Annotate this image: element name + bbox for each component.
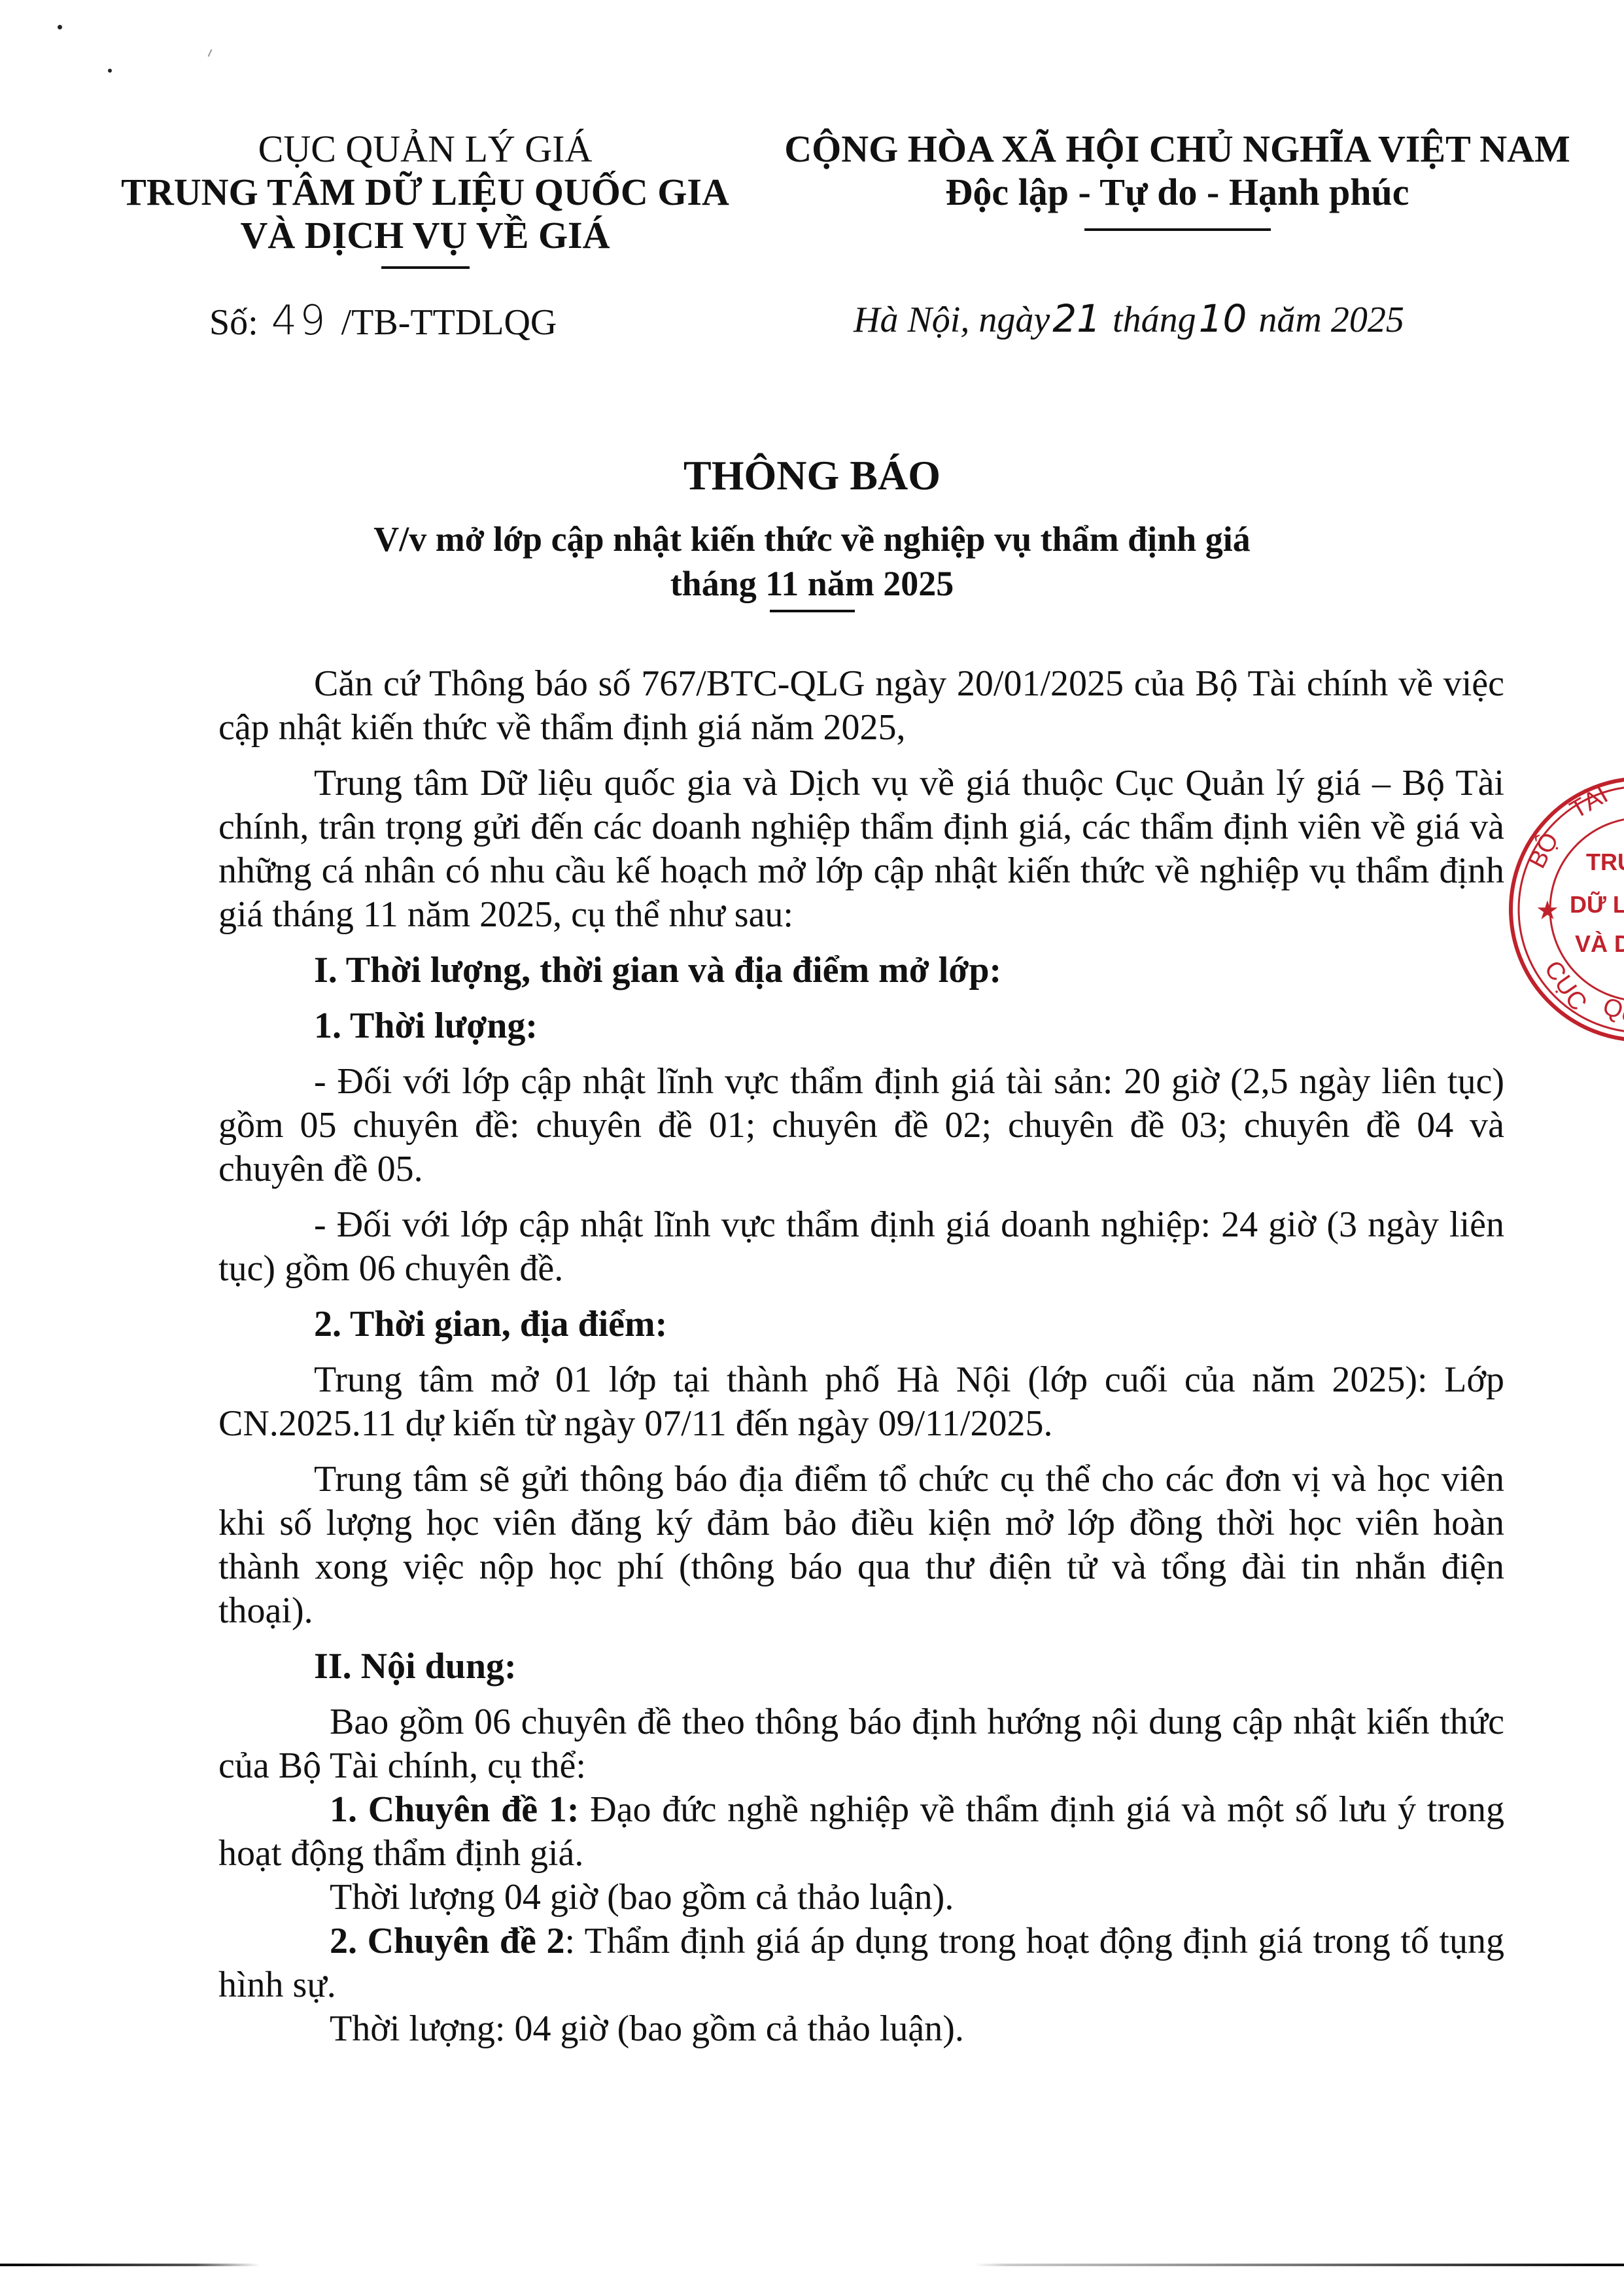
- center-name-line2: VÀ DỊCH VỤ VỀ GIÁ: [98, 214, 752, 257]
- svg-text:TÀI: TÀI: [1565, 780, 1613, 824]
- official-seal-stamp: ★ BỘ TÀI CỤC QU TRUNG TÂM DỮ LIỆU VÀ DỊC…: [1504, 772, 1624, 1047]
- topic-duration: Thời lượng 04 giờ (bao gồm cả thảo luận)…: [218, 1876, 1504, 1919]
- star-icon: ★: [1536, 896, 1559, 926]
- subject-line1: V/v mở lớp cập nhật kiến thức về nghiệp …: [0, 517, 1624, 561]
- scan-edge-line: [0, 2264, 1624, 2266]
- subsection-heading-duration: 1. Thời lượng:: [218, 1004, 1504, 1048]
- section-heading-2: II. Nội dung:: [218, 1645, 1504, 1689]
- handwritten-day: 21: [1052, 296, 1101, 341]
- date-line: Hà Nội, ngày21 tháng10 năm 2025: [854, 296, 1404, 341]
- handwritten-month: 10: [1199, 296, 1247, 341]
- number-prefix: Số:: [209, 302, 258, 343]
- topic-label: 1. Chuyên đề 1:: [330, 1789, 579, 1830]
- topic-item: 1. Chuyên đề 1: Đạo đức nghề nghiệp về t…: [218, 1788, 1504, 1876]
- subsection-heading-time-place: 2. Thời gian, địa điểm:: [218, 1303, 1504, 1346]
- document-number: Số: 49 /TB-TTDLQG: [209, 296, 557, 344]
- paragraph-legal-basis: Căn cứ Thông báo số 767/BTC-QLG ngày 20/…: [218, 662, 1504, 750]
- svg-text:TRUNG TÂM: TRUNG TÂM: [1586, 848, 1624, 875]
- subject-line2: tháng 11 năm 2025: [0, 561, 1624, 606]
- date-prefix: Hà Nội, ngày: [854, 300, 1050, 340]
- paragraph-class-schedule: Trung tâm mở 01 lớp tại thành phố Hà Nội…: [218, 1358, 1504, 1446]
- topic-item: 2. Chuyên đề 2: Thẩm định giá áp dụng tr…: [218, 1919, 1504, 2007]
- duration-item-asset: - Đối với lớp cập nhật lĩnh vực thẩm địn…: [218, 1060, 1504, 1191]
- scan-speck: [108, 69, 112, 73]
- parent-agency-name: CỤC QUẢN LÝ GIÁ: [98, 128, 752, 171]
- paragraph-introduction: Trung tâm Dữ liệu quốc gia và Dịch vụ về…: [218, 762, 1504, 937]
- issuing-agency-block: CỤC QUẢN LÝ GIÁ TRUNG TÂM DỮ LIỆU QUỐC G…: [98, 128, 752, 269]
- document-subject: V/v mở lớp cập nhật kiến thức về nghiệp …: [0, 517, 1624, 612]
- svg-text:VÀ DỊCH VỤ: VÀ DỊCH VỤ: [1575, 930, 1624, 957]
- topic-label: 2. Chuyên đề 2: [330, 1921, 564, 1961]
- center-name-line1: TRUNG TÂM DỮ LIỆU QUỐC GIA: [98, 171, 752, 214]
- svg-text:DỮ LIỆU: DỮ LIỆU: [1570, 890, 1624, 918]
- scan-speck: [58, 25, 62, 29]
- national-header-block: CỘNG HÒA XÃ HỘI CHỦ NGHĨA VIỆT NAM Độc l…: [752, 128, 1602, 231]
- motto-underline: [1084, 228, 1271, 231]
- date-year: năm 2025: [1258, 300, 1404, 340]
- paragraph-content-intro: Bao gồm 06 chuyên đề theo thông báo định…: [218, 1700, 1504, 1788]
- svg-text:BỘ: BỘ: [1522, 828, 1564, 873]
- topic-duration: Thời lượng: 04 giờ (bao gồm cả thảo luận…: [218, 2007, 1504, 2051]
- agency-underline: [381, 266, 470, 269]
- subject-underline: [770, 610, 855, 612]
- handwritten-number: 49: [271, 296, 328, 344]
- number-suffix: /TB-TTDLQG: [341, 302, 557, 343]
- duration-item-enterprise: - Đối với lớp cập nhật lĩnh vực thẩm địn…: [218, 1203, 1504, 1291]
- svg-text:CỤC: CỤC: [1539, 956, 1593, 1016]
- scan-speck: [208, 49, 213, 57]
- date-month-label: tháng: [1113, 300, 1196, 340]
- national-motto: Độc lập - Tự do - Hạnh phúc: [752, 171, 1602, 214]
- section-heading-1: I. Thời lượng, thời gian và địa điểm mở …: [218, 949, 1504, 992]
- document-title: THÔNG BÁO: [0, 451, 1624, 500]
- paragraph-venue-notice: Trung tâm sẽ gửi thông báo địa điểm tổ c…: [218, 1458, 1504, 1633]
- document-body: Căn cứ Thông báo số 767/BTC-QLG ngày 20/…: [218, 662, 1504, 2051]
- country-name: CỘNG HÒA XÃ HỘI CHỦ NGHĨA VIỆT NAM: [752, 128, 1602, 171]
